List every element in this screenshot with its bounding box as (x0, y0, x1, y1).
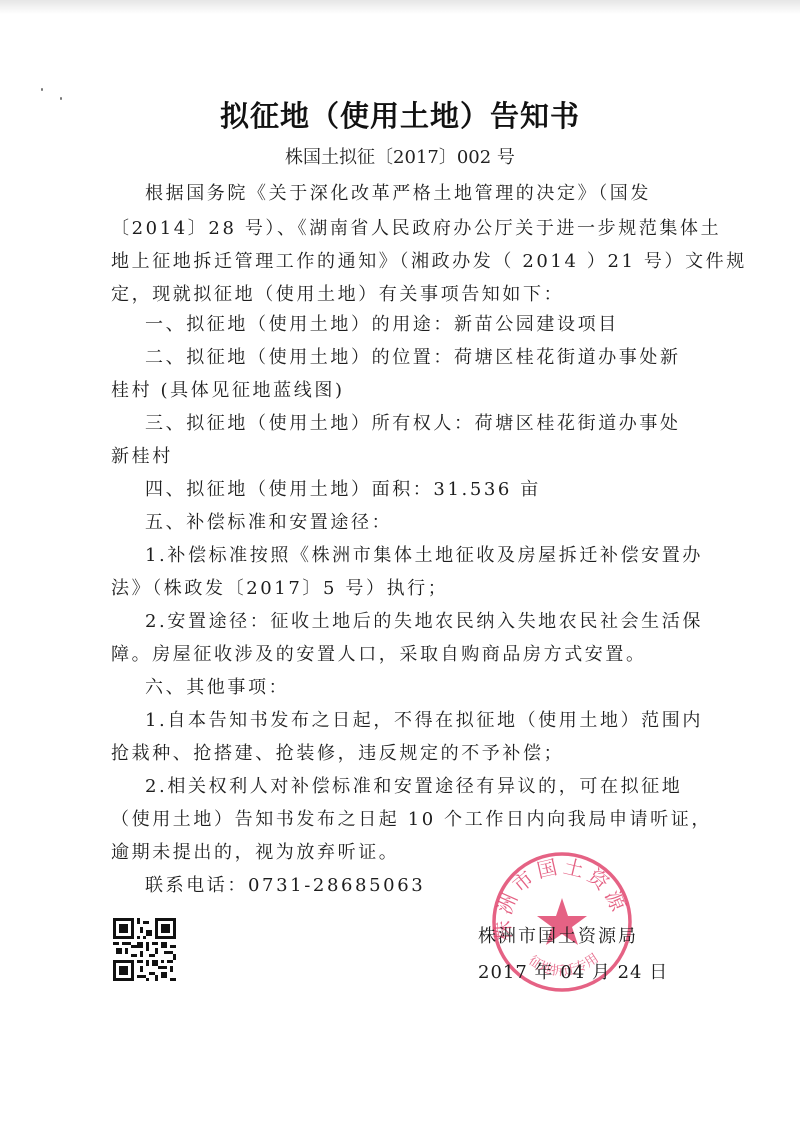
body-line: 〔2014〕28 号）、《湖南省人民政府办公厅关于进一步规范集体土 (111, 217, 721, 241)
body-line: 地上征地拆迁管理工作的通知》（湘政办发（ 2014 ）21 号）文件规 (111, 250, 747, 274)
body-line: 桂村 (具体见征地蓝线图) (111, 379, 345, 403)
body-line: 定，现就拟征地（使用土地）有关事项告知如下： (111, 283, 564, 307)
body-line: 一、拟征地（使用土地）的用途：新苗公园建设项目 (145, 313, 619, 337)
body-line: 1.补偿标准按照《株洲市集体土地征收及房屋拆迁补偿安置办 (145, 544, 703, 568)
issuing-organization: 株洲市国土资源局 (478, 922, 638, 948)
scan-speck (41, 88, 43, 91)
body-line: 四、拟征地（使用土地）面积：31.536 亩 (145, 478, 541, 502)
body-line: 2.相关权利人对补偿标准和安置途径有异议的，可在拟征地 (145, 775, 682, 799)
body-line: 五、补偿标准和安置途径： (145, 511, 392, 535)
document-title: 拟征地（使用土地）告知书 (0, 94, 800, 135)
body-line: 法》（株政发〔2017〕5 号）执行； (111, 577, 448, 601)
issue-date: 2017 年 04 月 24 日 (478, 958, 668, 984)
body-line: 二、拟征地（使用土地）的位置：荷塘区桂花街道办事处新 (145, 346, 681, 370)
body-line: 联系电话：0731-28685063 (145, 874, 425, 898)
qr-code-icon (113, 918, 176, 981)
body-line: 新桂村 (111, 445, 173, 469)
body-line: 2.安置途径：征收土地后的失地农民纳入失地农民社会生活保 (145, 610, 703, 634)
body-line: （使用土地）告知书发布之日起 10 个工作日内向我局申请听证， (111, 808, 712, 832)
body-line: 抢栽种、抢搭建、抢装修，违反规定的不予补偿； (111, 742, 564, 766)
body-line: 根据国务院《关于深化改革严格土地管理的决定》（国发 (145, 182, 651, 206)
body-line: 六、其他事项： (145, 676, 289, 700)
body-line: 1.自本告知书发布之日起，不得在拟征地（使用土地）范围内 (145, 709, 703, 733)
scan-top-shadow (0, 0, 800, 14)
body-line: 逾期未提出的，视为放弃听证。 (111, 841, 399, 865)
body-line: 三、拟征地（使用土地）所有权人：荷塘区桂花街道办事处 (145, 412, 681, 436)
body-line: 障。房屋征收涉及的安置人口，采取自购商品房方式安置。 (111, 643, 647, 667)
document-number: 株国土拟征〔2017〕002 号 (0, 143, 800, 169)
